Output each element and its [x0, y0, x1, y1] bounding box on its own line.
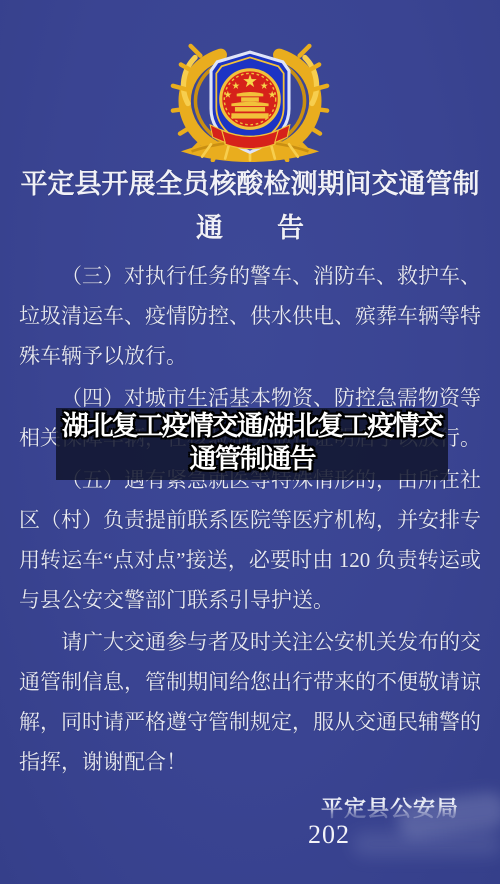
caption-overlay: 湖北复工疫情交通/湖北复工疫情交通管制通告: [56, 408, 448, 480]
notice-paragraph-3: （三）对执行任务的警车、消防车、救护车、垃圾清运车、疫情防控、供水供电、殡葬车辆…: [19, 256, 481, 376]
notice-closing-paragraph: 请广大交通参与者及时关注公安机关发布的交通管制信息，管制期间给您出行带来的不便敬…: [19, 622, 481, 782]
police-badge-icon: [161, 22, 339, 162]
date-partial: 202: [308, 820, 350, 850]
notice-page: 平定县开展全员核酸检测期间交通管制 通 告 （三）对执行任务的警车、消防车、救护…: [0, 0, 500, 884]
notice-title: 平定县开展全员核酸检测期间交通管制: [0, 162, 500, 206]
caption-text: 湖北复工疫情交通/湖北复工疫情交通管制通告: [56, 410, 448, 476]
watermark-smudge: [352, 831, 500, 857]
notice-paragraph-5: （五）遇有紧急就医等特殊情形的，由所在社区（村）负责提前联系医院等医疗机构，并安…: [19, 460, 481, 620]
signature: 平定县公安局: [321, 792, 459, 823]
title-block: 平定县开展全员核酸检测期间交通管制 通 告: [0, 162, 500, 250]
notice-body: （三）对执行任务的警车、消防车、救护车、垃圾清运车、疫情防控、供水供电、殡葬车辆…: [19, 256, 481, 784]
notice-subtitle: 通 告: [0, 206, 500, 250]
